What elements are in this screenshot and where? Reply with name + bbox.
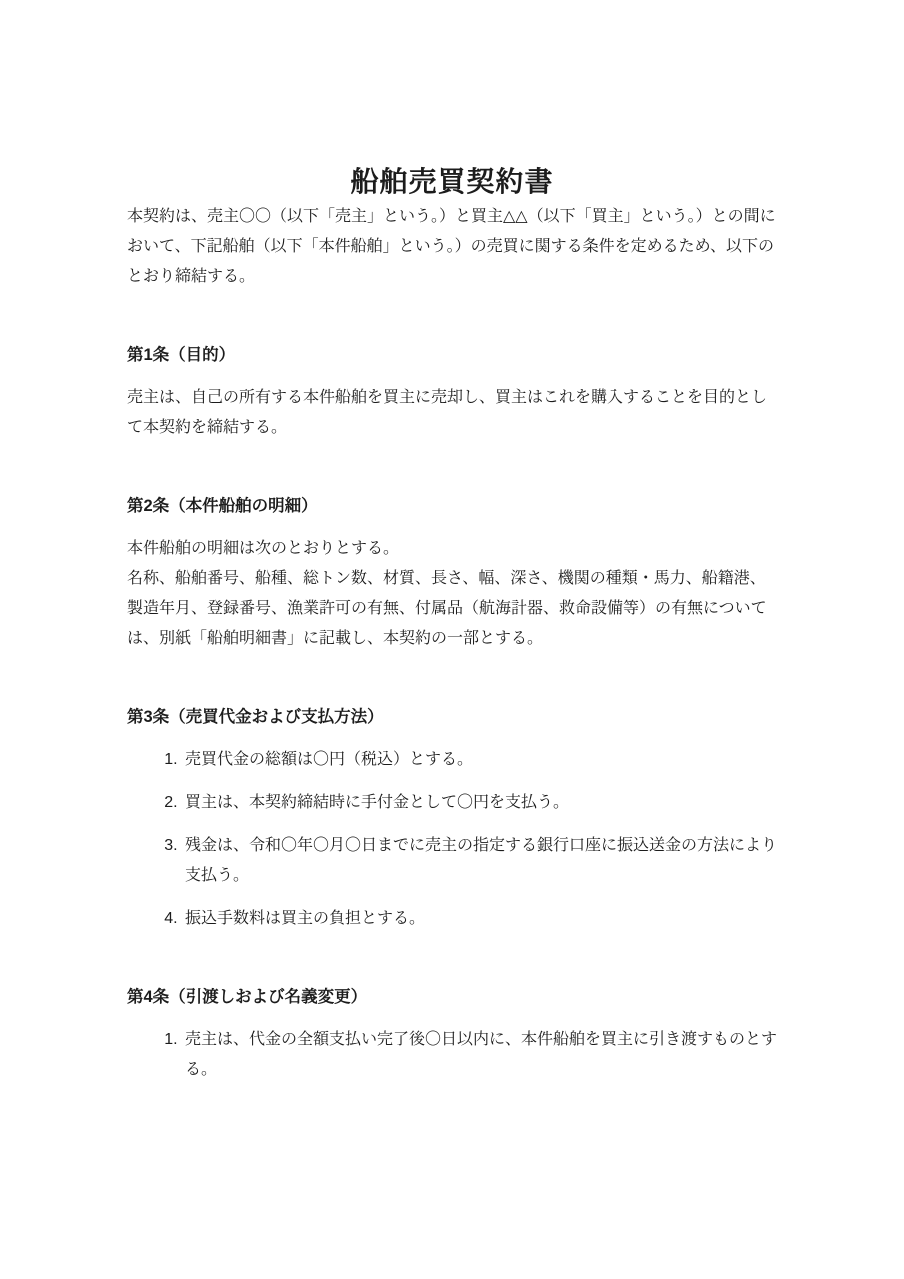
article-3: 第3条（売買代金および支払方法） 売買代金の総額は〇円（税込）とする。 買主は、… <box>127 702 777 934</box>
article-1: 第1条（目的） 売主は、自己の所有する本件船舶を買主に売却し、買主はこれを購入す… <box>127 340 777 443</box>
document-title: 船舶売買契約書 <box>127 0 777 202</box>
contract-document: 船舶売買契約書 本契約は、売主〇〇（以下「売主」という。）と買主△△（以下「買主… <box>0 0 904 1085</box>
preamble-paragraph: 本契約は、売主〇〇（以下「売主」という。）と買主△△（以下「買主」という。）との… <box>127 202 777 292</box>
clause-item: 売買代金の総額は〇円（税込）とする。 <box>182 745 777 775</box>
article-2: 第2条（本件船舶の明細） 本件船舶の明細は次のとおりとする。 名称、船舶番号、船… <box>127 491 777 654</box>
article-2-heading: 第2条（本件船舶の明細） <box>127 491 777 521</box>
article-1-paragraph: 売主は、自己の所有する本件船舶を買主に売却し、買主はこれを購入することを目的とし… <box>127 383 777 443</box>
clause-item: 買主は、本契約締結時に手付金として〇円を支払う。 <box>182 788 777 818</box>
article-4-heading: 第4条（引渡しおよび名義変更） <box>127 982 777 1012</box>
article-4: 第4条（引渡しおよび名義変更） 売主は、代金の全額支払い完了後〇日以内に、本件船… <box>127 982 777 1085</box>
clause-item: 振込手数料は買主の負担とする。 <box>182 904 777 934</box>
article-3-clause-list: 売買代金の総額は〇円（税込）とする。 買主は、本契約締結時に手付金として〇円を支… <box>127 745 777 934</box>
article-3-heading: 第3条（売買代金および支払方法） <box>127 702 777 732</box>
clause-item: 売主は、代金の全額支払い完了後〇日以内に、本件船舶を買主に引き渡すものとする。 <box>182 1025 777 1085</box>
article-2-paragraph-1: 本件船舶の明細は次のとおりとする。 <box>127 534 777 564</box>
article-4-clause-list: 売主は、代金の全額支払い完了後〇日以内に、本件船舶を買主に引き渡すものとする。 <box>127 1025 777 1085</box>
article-1-heading: 第1条（目的） <box>127 340 777 370</box>
clause-item: 残金は、令和〇年〇月〇日までに売主の指定する銀行口座に振込送金の方法により支払う… <box>182 831 777 891</box>
article-2-paragraph-2: 名称、船舶番号、船種、総トン数、材質、長さ、幅、深さ、機関の種類・馬力、船籍港、… <box>127 564 777 654</box>
